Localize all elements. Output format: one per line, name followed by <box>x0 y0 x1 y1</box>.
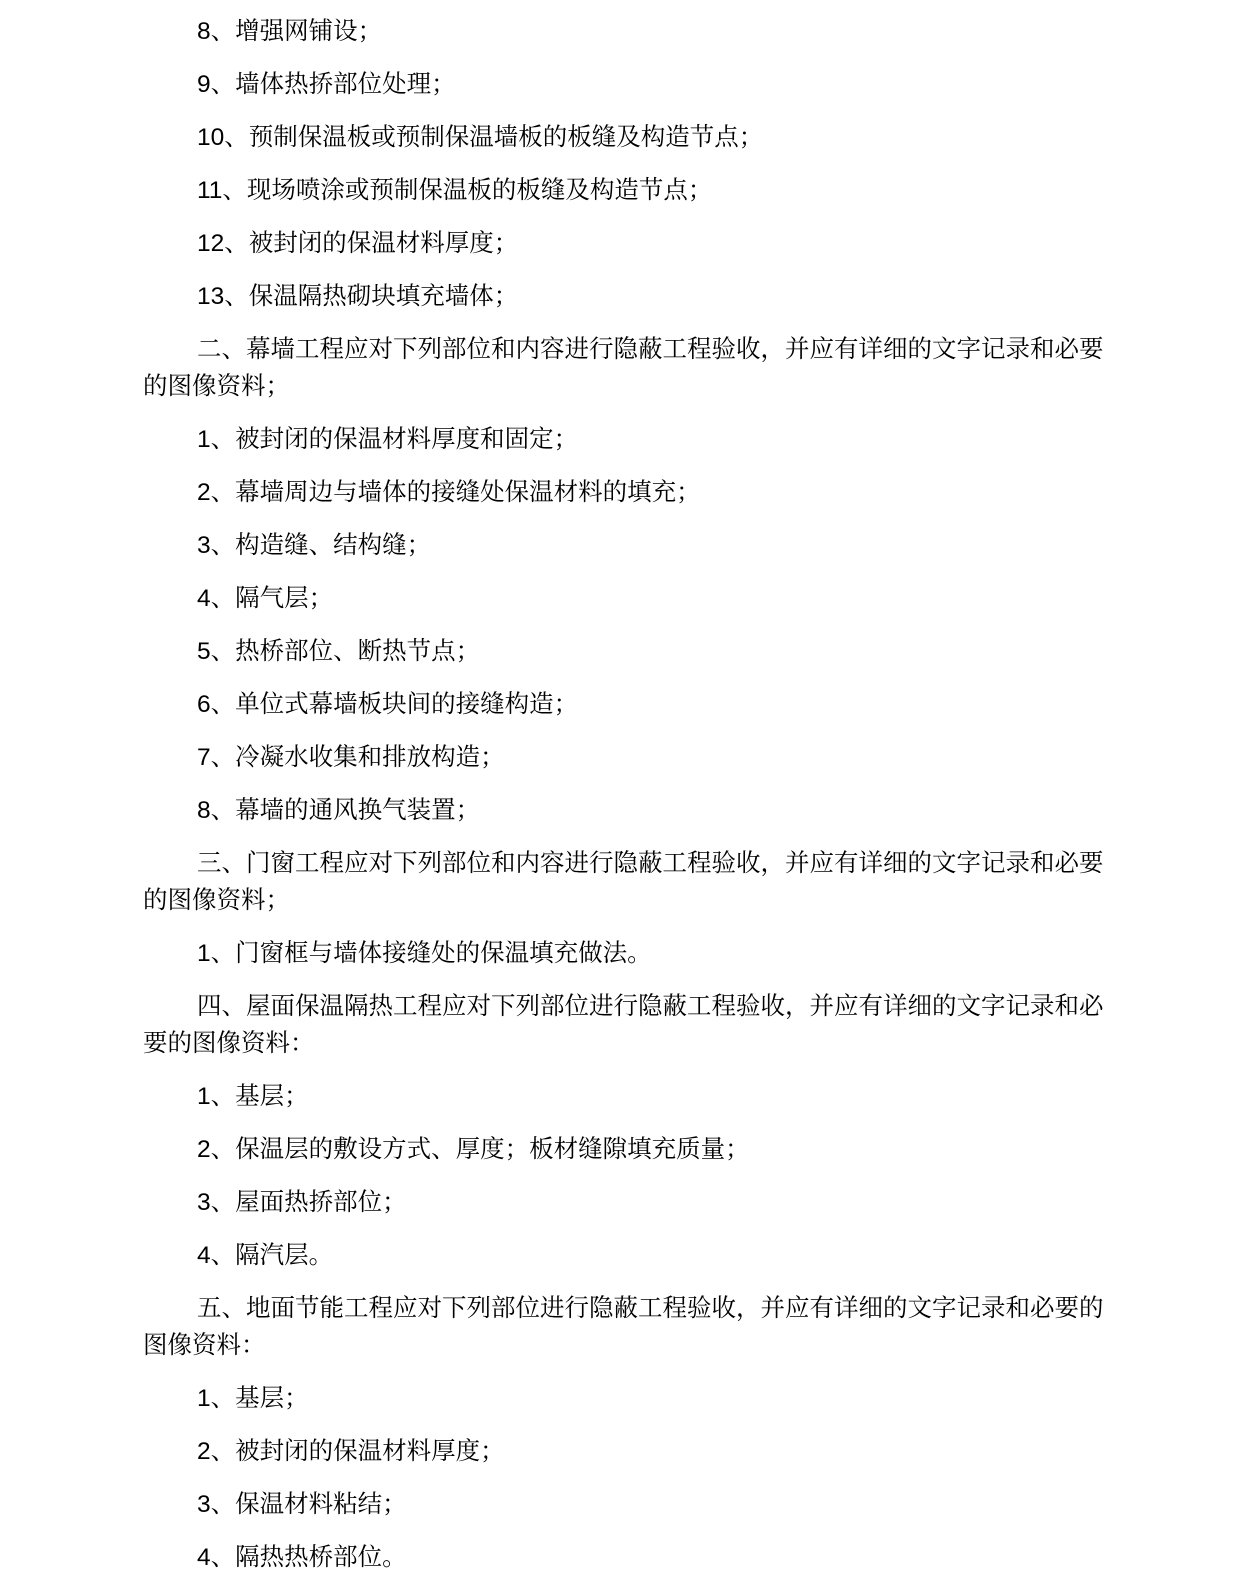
list-item-ground-3: 3、保温材料粘结； <box>143 1486 1103 1523</box>
list-item-exterior-13: 13、保温隔热砌块填充墙体； <box>143 278 1103 315</box>
section-heading-curtain-wall: 二、幕墙工程应对下列部位和内容进行隐蔽工程验收，并应有详细的文字记录和必要的图像… <box>143 331 1103 405</box>
list-item-curtain-2: 2、幕墙周边与墙体的接缝处保温材料的填充； <box>143 474 1103 511</box>
list-item-exterior-9: 9、墙体热挢部位处理； <box>143 66 1103 103</box>
list-item-roof-4: 4、隔汽层。 <box>143 1237 1103 1274</box>
list-item-exterior-11: 11、现场喷涂或预制保温板的板缝及构造节点； <box>143 172 1103 209</box>
list-item-roof-3: 3、屋面热挢部位； <box>143 1184 1103 1221</box>
text-line: 8、增强网铺设； <box>143 13 1103 50</box>
text-line: 9、墙体热挢部位处理； <box>143 66 1103 103</box>
text-line: 1、门窗框与墙体接缝处的保温填充做法。 <box>143 935 1103 972</box>
list-item-curtain-5: 5、热桥部位、断热节点； <box>143 633 1103 670</box>
text-line: 三、门窗工程应对下列部位和内容进行隐蔽工程验收，并应有详细的文字记录和必要 <box>143 845 1103 882</box>
list-item-doors-1: 1、门窗框与墙体接缝处的保温填充做法。 <box>143 935 1103 972</box>
list-item-roof-1: 1、基层； <box>143 1078 1103 1115</box>
text-line: 13、保温隔热砌块填充墙体； <box>143 278 1103 315</box>
section-heading-doors-windows: 三、门窗工程应对下列部位和内容进行隐蔽工程验收，并应有详细的文字记录和必要的图像… <box>143 845 1103 919</box>
text-line: 7、冷凝水收集和排放构造； <box>143 739 1103 776</box>
text-line: 2、被封闭的保温材料厚度； <box>143 1433 1103 1470</box>
text-line: 的图像资料； <box>143 882 1103 919</box>
list-item-exterior-8: 8、增强网铺设； <box>143 13 1103 50</box>
list-item-ground-4: 4、隔热热桥部位。 <box>143 1539 1103 1576</box>
text-line: 6、单位式幕墙板块间的接缝构造； <box>143 686 1103 723</box>
text-line: 1、基层； <box>143 1078 1103 1115</box>
list-item-curtain-1: 1、被封闭的保温材料厚度和固定； <box>143 421 1103 458</box>
list-item-roof-2: 2、保温层的敷设方式、厚度；板材缝隙填充质量； <box>143 1131 1103 1168</box>
text-line: 3、保温材料粘结； <box>143 1486 1103 1523</box>
list-item-curtain-8: 8、幕墙的通风换气装置； <box>143 792 1103 829</box>
section-heading-ground: 五、地面节能工程应对下列部位进行隐蔽工程验收，并应有详细的文字记录和必要的图像资… <box>143 1290 1103 1364</box>
text-line: 四、屋面保温隔热工程应对下列部位进行隐蔽工程验收，并应有详细的文字记录和必 <box>143 988 1103 1025</box>
text-line: 1、被封闭的保温材料厚度和固定； <box>143 421 1103 458</box>
list-item-ground-2: 2、被封闭的保温材料厚度； <box>143 1433 1103 1470</box>
text-line: 要的图像资料： <box>143 1025 1103 1062</box>
text-line: 二、幕墙工程应对下列部位和内容进行隐蔽工程验收，并应有详细的文字记录和必要 <box>143 331 1103 368</box>
text-line: 图像资料： <box>143 1327 1103 1364</box>
text-line: 2、保温层的敷设方式、厚度；板材缝隙填充质量； <box>143 1131 1103 1168</box>
text-line: 12、被封闭的保温材料厚度； <box>143 225 1103 262</box>
list-item-exterior-10: 10、预制保温板或预制保温墙板的板缝及构造节点； <box>143 119 1103 156</box>
text-line: 2、幕墙周边与墙体的接缝处保温材料的填充； <box>143 474 1103 511</box>
text-line: 1、基层； <box>143 1380 1103 1417</box>
list-item-curtain-4: 4、隔气层； <box>143 580 1103 617</box>
text-line: 4、隔气层； <box>143 580 1103 617</box>
text-line: 8、幕墙的通风换气装置； <box>143 792 1103 829</box>
text-line: 4、隔热热桥部位。 <box>143 1539 1103 1576</box>
list-item-ground-1: 1、基层； <box>143 1380 1103 1417</box>
list-item-curtain-3: 3、构造缝、结构缝； <box>143 527 1103 564</box>
text-line: 五、地面节能工程应对下列部位进行隐蔽工程验收，并应有详细的文字记录和必要的 <box>143 1290 1103 1327</box>
list-item-curtain-6: 6、单位式幕墙板块间的接缝构造； <box>143 686 1103 723</box>
text-line: 10、预制保温板或预制保温墙板的板缝及构造节点； <box>143 119 1103 156</box>
text-line: 4、隔汽层。 <box>143 1237 1103 1274</box>
text-line: 3、屋面热挢部位； <box>143 1184 1103 1221</box>
text-line: 5、热桥部位、断热节点； <box>143 633 1103 670</box>
list-item-curtain-7: 7、冷凝水收集和排放构造； <box>143 739 1103 776</box>
text-line: 的图像资料； <box>143 368 1103 405</box>
list-item-exterior-12: 12、被封闭的保温材料厚度； <box>143 225 1103 262</box>
section-heading-roof: 四、屋面保温隔热工程应对下列部位进行隐蔽工程验收，并应有详细的文字记录和必要的图… <box>143 988 1103 1062</box>
text-line: 3、构造缝、结构缝； <box>143 527 1103 564</box>
text-line: 11、现场喷涂或预制保温板的板缝及构造节点； <box>143 172 1103 209</box>
document-page: 8、增强网铺设； 9、墙体热挢部位处理； 10、预制保温板或预制保温墙板的板缝及… <box>0 0 1242 1584</box>
